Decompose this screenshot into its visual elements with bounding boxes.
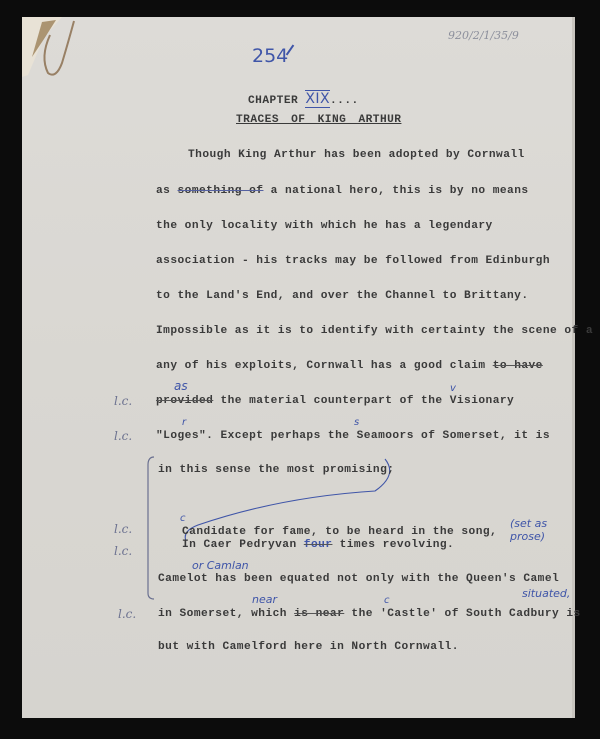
text-line-9: "Loges". Except perhaps the Seamoors of … [156,430,550,442]
text-line-3: the only locality with which he has a le… [156,220,493,232]
text-line-4: association - his tracks may be followed… [156,255,550,267]
archive-reference: 920/2/1/35/9 [448,29,519,42]
page-number: 254 [252,45,288,67]
text-line-12: in Somerset, which is near the 'Castle' … [158,608,581,620]
struck-text: something of [178,185,264,197]
verse-line-2: In Caer Pedryvan four times revolving. [182,539,454,551]
struck-text: to have [493,360,543,372]
annotation-or-camlan: or Camlan [192,559,249,572]
page-number-text: 254 [252,45,288,67]
margin-note-lc: l.c. [114,544,132,558]
text-segment: as [156,185,178,197]
text-segment: times revolving. [332,539,454,551]
corner-damage-stain [22,17,92,87]
text-segment: the 'Castle' of South Cadbury is [344,608,580,620]
margin-note-lc: l.c. [114,429,132,443]
annotation-near: near [252,593,277,606]
chapter-heading: CHAPTER XIX.... [248,91,359,107]
text-line-10: in this sense the most promising; [158,464,394,476]
text-line-2: as something of a national hero, this is… [156,185,529,197]
chapter-label: CHAPTER [248,95,298,107]
struck-text: is near [294,608,344,620]
text-segment: the material counterpart of the Visionar… [213,395,514,407]
chapter-number: XIX [305,90,330,108]
text-line-6: Impossible as it is to identify with cer… [156,325,593,337]
annotation-situated: situated, [522,587,570,600]
margin-note-lc: l.c. [114,522,132,536]
chapter-title: TRACES OF KING ARTHUR [236,114,401,126]
struck-text: provided [156,395,213,407]
text-line-5: to the Land's End, and over the Channel … [156,290,529,302]
annotation-s: s [354,417,359,428]
annotation-set-as-prose: (set as prose) [510,517,568,543]
text-line-7: any of his exploits, Cornwall has a good… [156,360,543,372]
text-line-1: Though King Arthur has been adopted by C… [188,149,525,161]
annotation-c-1: c [180,513,186,524]
margin-note-lc: l.c. [114,394,132,408]
text-segment: In Caer Pedryvan [182,539,304,551]
struck-text: four [304,539,333,551]
text-line-11: Camelot has been equated not only with t… [158,573,559,585]
margin-note-lc: l.c. [118,607,136,621]
manuscript-page: 920/2/1/35/9 254 CHAPTER XIX.... TRACES … [22,17,575,718]
text-line-13: but with Camelford here in North Cornwal… [158,641,459,653]
verse-line-1: Candidate for fame, to be heard in the s… [182,526,497,538]
text-segment: in Somerset, which [158,608,294,620]
chapter-suffix: .... [330,95,359,107]
annotation-as: as [174,379,188,393]
text-line-8: provided the material counterpart of the… [156,395,514,407]
text-segment: a national hero, this is by no means [263,185,528,197]
text-segment: any of his exploits, Cornwall has a good… [156,360,493,372]
annotation-v: v [450,383,456,394]
annotation-c-2: c [384,595,390,606]
annotation-r: r [182,417,186,428]
